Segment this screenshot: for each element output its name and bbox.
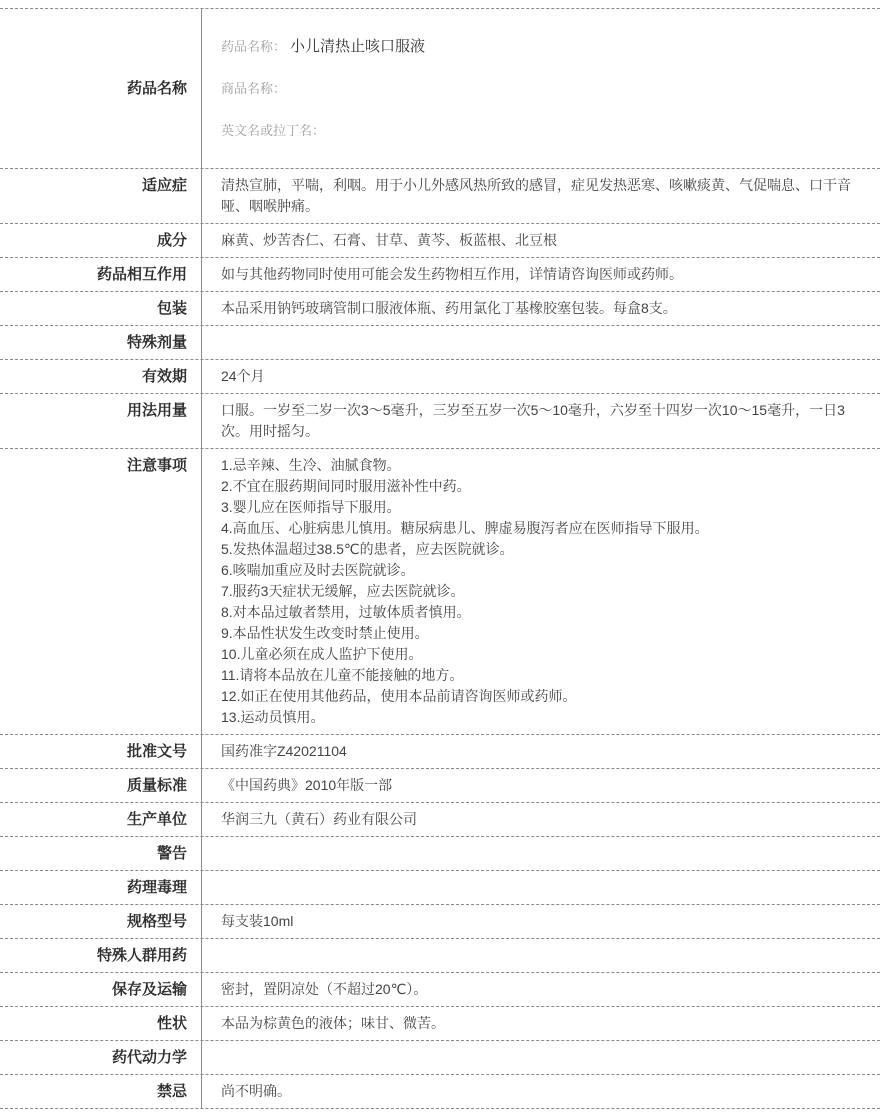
row-content — [202, 326, 880, 359]
row-label: 特殊剂量 — [0, 326, 202, 359]
table-row: 性状 本品为棕黄色的液体；味甘、微苦。 — [0, 1007, 880, 1041]
row-label: 特殊人群用药 — [0, 939, 202, 972]
table-row: 规格型号 每支装10ml — [0, 905, 880, 939]
row-content — [202, 939, 880, 972]
row-content: 密封，置阴凉处（不超过20℃）。 — [202, 973, 880, 1006]
table-row: 警告 — [0, 837, 880, 871]
table-row: 有效期 24个月 — [0, 360, 880, 394]
row-content: 《中国药典》2010年版一部 — [202, 769, 880, 802]
table-row: 注意事项 1.忌辛辣、生冷、油腻食物。 2.不宜在服药期间同时服用滋补性中药。 … — [0, 449, 880, 735]
row-content — [202, 837, 880, 870]
table-row: 特殊人群用药 — [0, 939, 880, 973]
row-label: 药品相互作用 — [0, 258, 202, 291]
row-content: 国药准字Z42021104 — [202, 735, 880, 768]
row-label: 生产单位 — [0, 803, 202, 836]
name-line: 英文名或拉丁名： — [221, 120, 866, 141]
row-label: 药理毒理 — [0, 871, 202, 904]
row-label: 质量标准 — [0, 769, 202, 802]
name-line-prefix: 英文名或拉丁名： — [221, 123, 325, 138]
row-label: 药代动力学 — [0, 1041, 202, 1074]
row-label: 注意事项 — [0, 449, 202, 734]
row-content: 如与其他药物同时使用可能会发生药物相互作用，详情请咨询医师或药师。 — [202, 258, 880, 291]
table-row-drug-name: 药品名称 药品名称：小儿清热止咳口服液 商品名称： 英文名或拉丁名： — [0, 9, 880, 169]
name-line-value: 小儿清热止咳口服液 — [290, 38, 425, 55]
name-line: 药品名称：小儿清热止咳口服液 — [221, 36, 866, 57]
table-row: 药理毒理 — [0, 871, 880, 905]
row-label: 适应症 — [0, 169, 202, 223]
table-row: 特殊剂量 — [0, 326, 880, 360]
name-line-prefix: 商品名称： — [221, 81, 286, 96]
row-content: 麻黄、炒苦杏仁、石膏、甘草、黄芩、板蓝根、北豆根 — [202, 224, 880, 257]
row-label: 有效期 — [0, 360, 202, 393]
row-label: 包装 — [0, 292, 202, 325]
row-label: 药品名称 — [0, 9, 202, 168]
row-content: 尚不明确。 — [202, 1075, 880, 1108]
name-line: 商品名称： — [221, 78, 866, 99]
row-content: 每支装10ml — [202, 905, 880, 938]
drug-info-page: 药品名称 药品名称：小儿清热止咳口服液 商品名称： 英文名或拉丁名： 适应症 清… — [0, 8, 880, 1118]
table-row: 适应症 清热宣肺，平喘，利咽。用于小儿外感风热所致的感冒，症见发热恶寒、咳嗽痰黄… — [0, 169, 880, 224]
row-label: 成分 — [0, 224, 202, 257]
table-row: 药品相互作用 如与其他药物同时使用可能会发生药物相互作用，详情请咨询医师或药师。 — [0, 258, 880, 292]
row-label: 批准文号 — [0, 735, 202, 768]
table-row: 生产单位 华润三九（黄石）药业有限公司 — [0, 803, 880, 837]
table-row: 包装 本品采用钠钙玻璃管制口服液体瓶、药用氯化丁基橡胶塞包装。每盒8支。 — [0, 292, 880, 326]
row-label: 保存及运输 — [0, 973, 202, 1006]
row-content: 本品采用钠钙玻璃管制口服液体瓶、药用氯化丁基橡胶塞包装。每盒8支。 — [202, 292, 880, 325]
table-row: 保存及运输 密封，置阴凉处（不超过20℃）。 — [0, 973, 880, 1007]
row-content: 华润三九（黄石）药业有限公司 — [202, 803, 880, 836]
row-label: 用法用量 — [0, 394, 202, 448]
table-row: 药代动力学 — [0, 1041, 880, 1075]
table-row: 质量标准 《中国药典》2010年版一部 — [0, 769, 880, 803]
table-row: 用法用量 口服。一岁至二岁一次3～5毫升，三岁至五岁一次5～10毫升，六岁至十四… — [0, 394, 880, 449]
row-label: 性状 — [0, 1007, 202, 1040]
row-content — [202, 1041, 880, 1074]
table-row: 成分 麻黄、炒苦杏仁、石膏、甘草、黄芩、板蓝根、北豆根 — [0, 224, 880, 258]
row-label: 警告 — [0, 837, 202, 870]
row-content: 口服。一岁至二岁一次3～5毫升，三岁至五岁一次5～10毫升，六岁至十四岁一次10… — [202, 394, 880, 448]
row-content: 1.忌辛辣、生冷、油腻食物。 2.不宜在服药期间同时服用滋补性中药。 3.婴儿应… — [202, 449, 880, 734]
row-label: 禁忌 — [0, 1075, 202, 1108]
table-row: 批准文号 国药准字Z42021104 — [0, 735, 880, 769]
row-content: 清热宣肺，平喘，利咽。用于小儿外感风热所致的感冒，症见发热恶寒、咳嗽痰黄、气促喘… — [202, 169, 880, 223]
table-row: 禁忌 尚不明确。 — [0, 1075, 880, 1109]
drug-info-table: 药品名称 药品名称：小儿清热止咳口服液 商品名称： 英文名或拉丁名： 适应症 清… — [0, 8, 880, 1109]
row-label: 规格型号 — [0, 905, 202, 938]
row-content: 24个月 — [202, 360, 880, 393]
row-content — [202, 871, 880, 904]
row-content: 药品名称：小儿清热止咳口服液 商品名称： 英文名或拉丁名： — [202, 9, 880, 168]
name-line-prefix: 药品名称： — [221, 39, 286, 54]
row-content: 本品为棕黄色的液体；味甘、微苦。 — [202, 1007, 880, 1040]
